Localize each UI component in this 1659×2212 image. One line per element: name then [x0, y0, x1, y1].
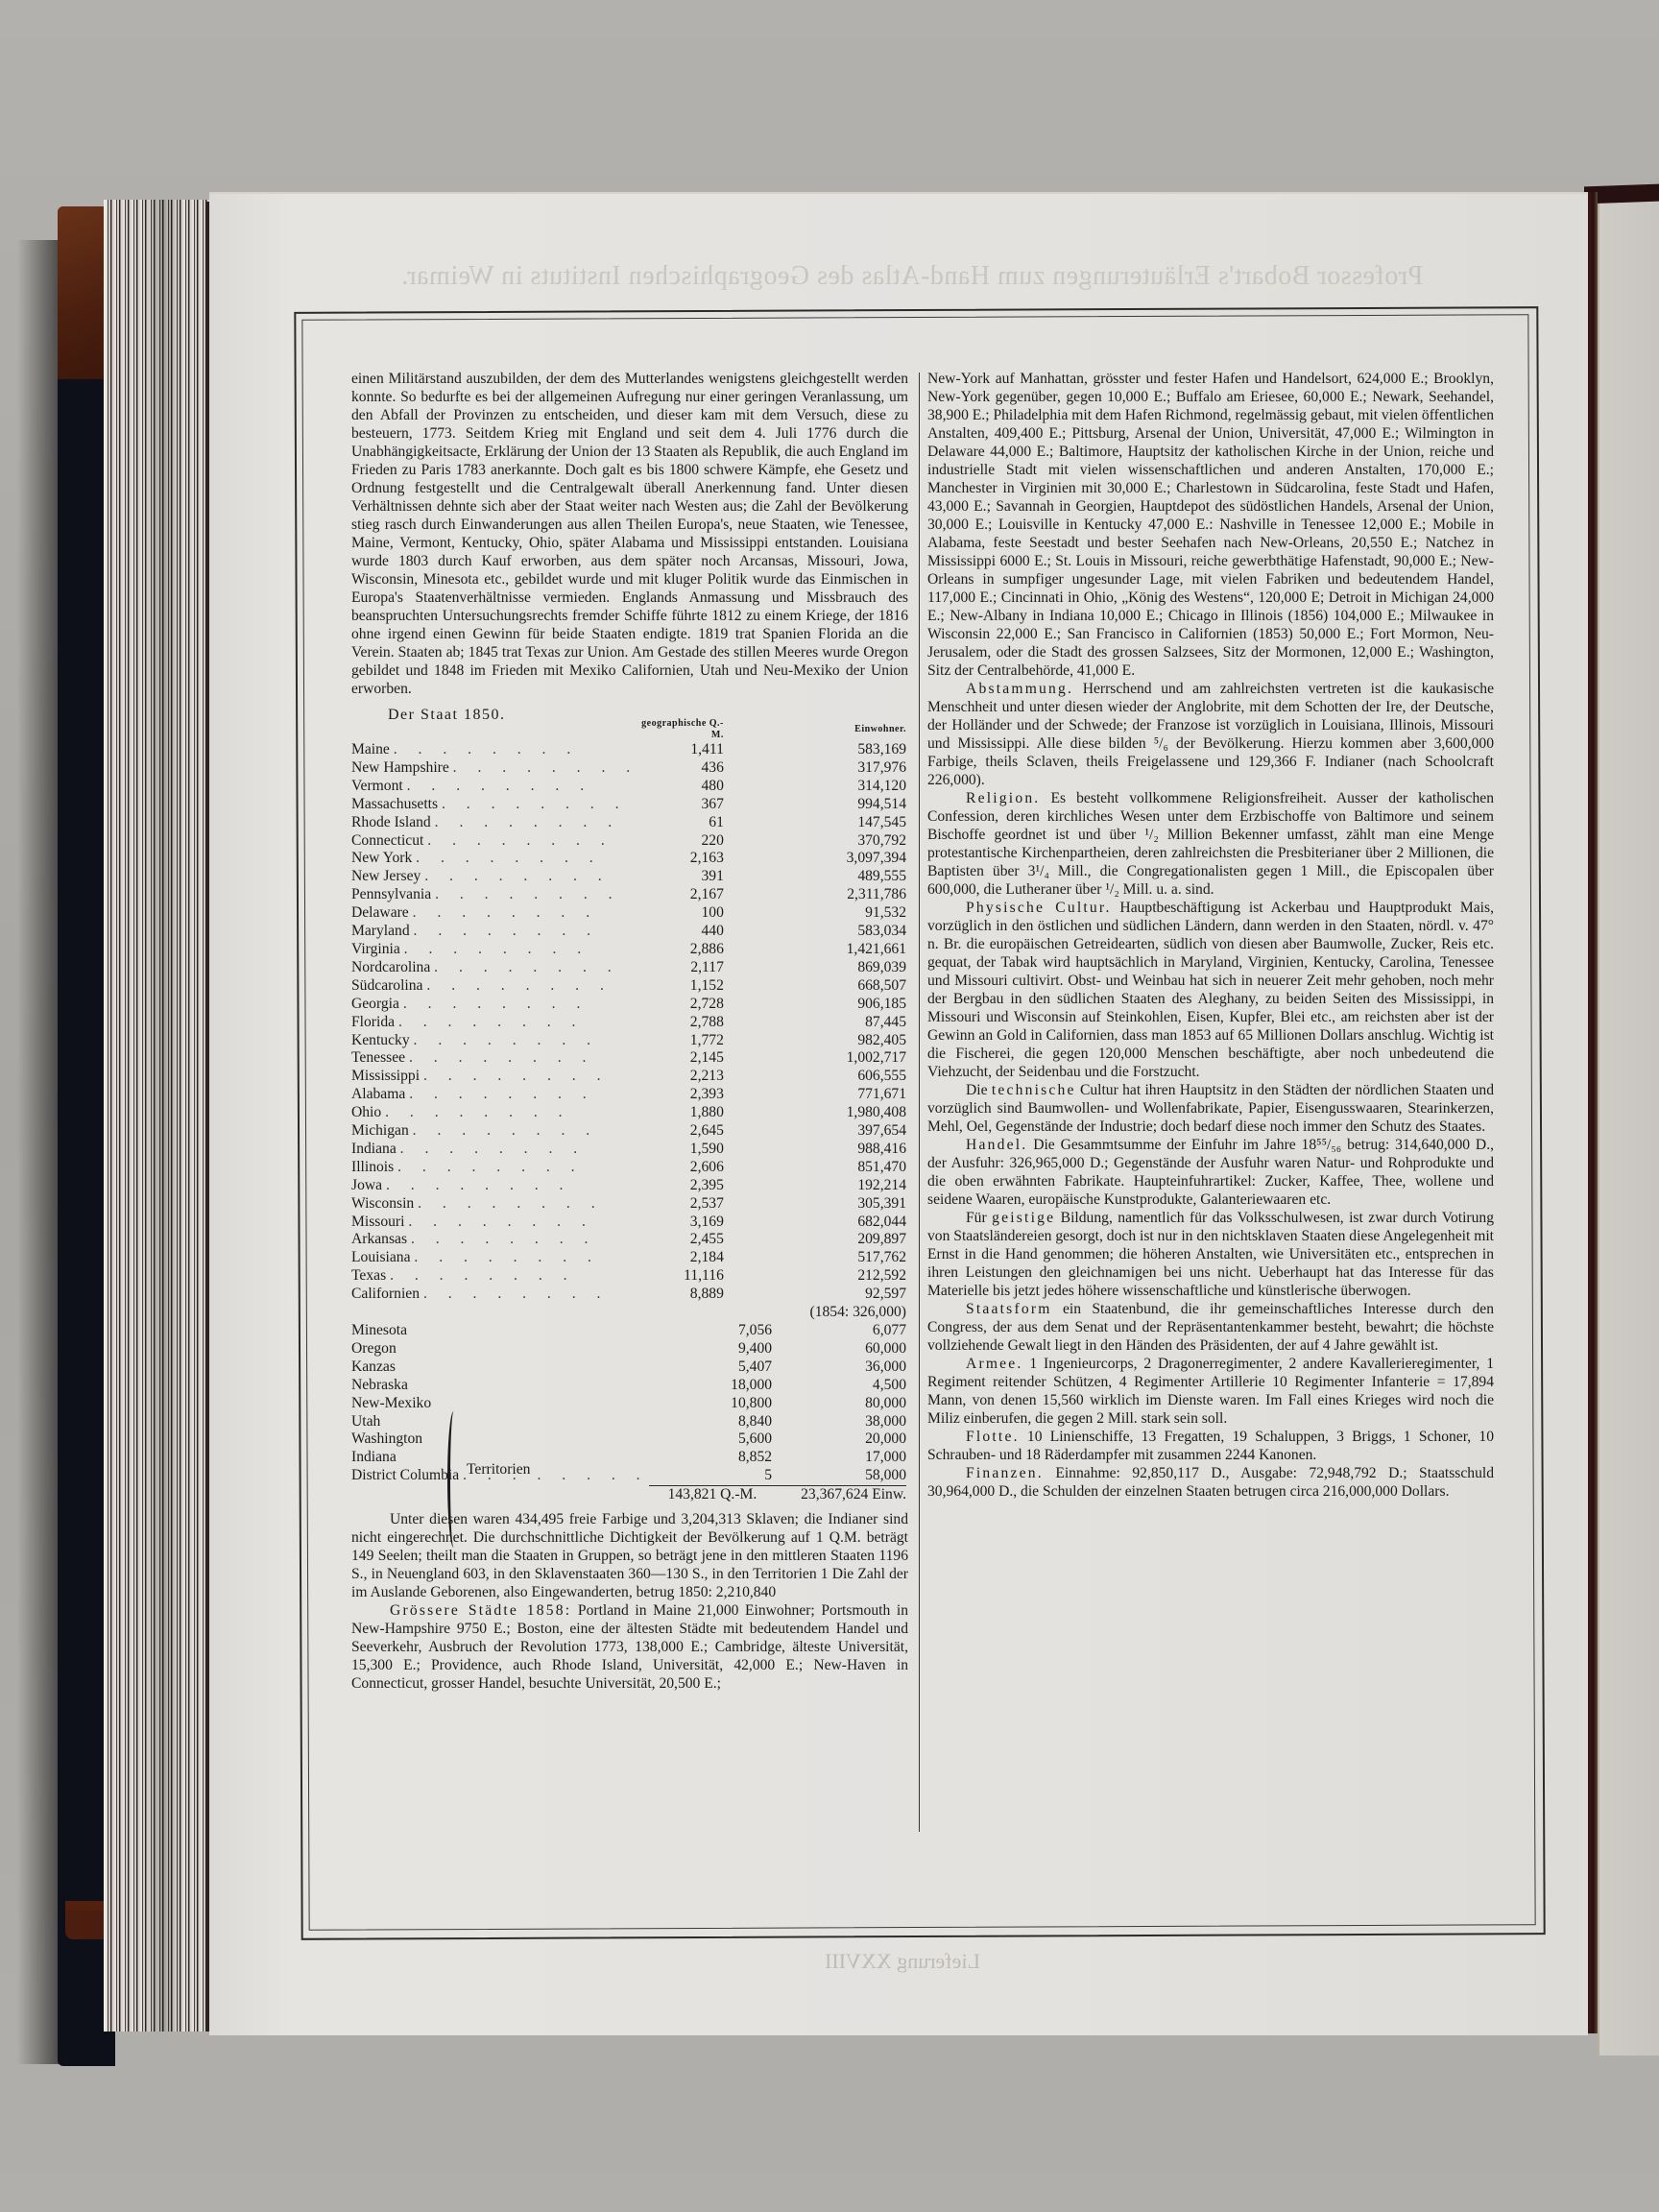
- section-paragraph: Staatsform ein Staatenbund, die ihr geme…: [927, 1300, 1494, 1355]
- state-area: 3,169: [638, 1214, 724, 1232]
- after-table-paragraph: Unter diesen waren 434,495 freie Farbige…: [351, 1510, 908, 1601]
- state-name: Nordcarolina . . . . . . . .: [351, 959, 638, 977]
- territory-name: New-Mexiko: [351, 1395, 649, 1413]
- cities-paragraph: Grössere Städte 1858: Portland in Maine …: [351, 1601, 908, 1693]
- territory-population: 80,000: [772, 1395, 906, 1413]
- state-area: 2,728: [638, 996, 724, 1014]
- territories-table: Minesota7,0566,077Oregon9,40060,000Kanza…: [351, 1322, 906, 1504]
- state-area: 2,117: [638, 959, 724, 977]
- territories-table-body: Minesota7,0566,077Oregon9,40060,000Kanza…: [351, 1322, 906, 1467]
- state-name: Virginia . . . . . . . .: [351, 941, 638, 959]
- section-heading: technische: [992, 1082, 1076, 1098]
- state-area: 367: [638, 796, 724, 814]
- header-population: Einwohner.: [724, 718, 906, 741]
- section-paragraph: Abstammung. Herrschend und am zahlreichs…: [927, 680, 1494, 789]
- state-population: 397,654: [724, 1122, 906, 1141]
- territory-area: 8,852: [649, 1449, 772, 1467]
- table-row: Virginia . . . . . . . .2,8861,421,661: [351, 941, 906, 959]
- state-area: 480: [638, 778, 724, 796]
- section-heading-prefix: Für: [966, 1210, 992, 1226]
- table-row: Arkansas . . . . . . . .2,455209,897: [351, 1231, 906, 1249]
- territory-population: 60,000: [772, 1340, 906, 1358]
- state-population: 212,592: [724, 1267, 906, 1286]
- state-population: 1,002,717: [724, 1049, 906, 1068]
- section-text: Hauptbeschäftigung ist Ackerbau und Haup…: [927, 900, 1494, 1080]
- table-row: Mississippi . . . . . . . .2,213606,555: [351, 1068, 906, 1086]
- section-heading-prefix: Die: [966, 1082, 992, 1098]
- territory-population: 36,000: [772, 1358, 906, 1377]
- table-row-note: (1854: 326,000): [351, 1304, 906, 1322]
- state-name: Vermont . . . . . . . .: [351, 778, 638, 796]
- territory-population: 17,000: [772, 1449, 906, 1467]
- table-row: Maine . . . . . . . .1,411583,169: [351, 741, 906, 759]
- state-population: 305,391: [724, 1195, 906, 1214]
- section-paragraph: Religion. Es besteht vollkommene Religio…: [927, 789, 1494, 899]
- section-paragraph: Handel. Die Gesammtsumme der Einfuhr im …: [927, 1136, 1494, 1209]
- intro-paragraph: einen Militärstand auszubilden, der dem …: [351, 370, 908, 698]
- note-spacer: [638, 1304, 724, 1322]
- population-note: (1854: 326,000): [724, 1304, 906, 1322]
- left-column: einen Militärstand auszubilden, der dem …: [351, 370, 908, 1693]
- table-row-territory: Oregon9,40060,000: [351, 1340, 906, 1358]
- territory-population: 38,000: [772, 1413, 906, 1431]
- state-population: 1,980,408: [724, 1104, 906, 1122]
- state-area: 2,788: [638, 1014, 724, 1032]
- section-heading: geistige: [992, 1210, 1055, 1226]
- table-row: Rhode Island . . . . . . . .61147,545: [351, 814, 906, 832]
- state-population: 91,532: [724, 904, 906, 923]
- state-population: 869,039: [724, 959, 906, 977]
- state-area: 2,167: [638, 886, 724, 904]
- state-area: 440: [638, 923, 724, 941]
- state-area: 2,886: [638, 941, 724, 959]
- table-row: New Jersey . . . . . . . .391489,555: [351, 868, 906, 886]
- state-name: Wisconsin . . . . . . . .: [351, 1195, 638, 1214]
- territories-label: Territorien: [467, 1461, 530, 1479]
- state-area: 2,163: [638, 850, 724, 868]
- section-heading: Handel.: [966, 1137, 1027, 1153]
- state-population: 92,597: [724, 1286, 906, 1304]
- state-population: 982,405: [724, 1032, 906, 1050]
- table-row-territory: Utah8,84038,000: [351, 1413, 906, 1431]
- state-name: Missouri . . . . . . . .: [351, 1214, 638, 1232]
- section-heading: Abstammung.: [966, 681, 1073, 697]
- state-area: 2,455: [638, 1231, 724, 1249]
- table-row: Texas . . . . . . . .11,116212,592: [351, 1267, 906, 1286]
- sections: Abstammung. Herrschend und am zahlreichs…: [927, 680, 1494, 1501]
- state-area: 1,152: [638, 977, 724, 996]
- total-population: 23,367,624 Einw.: [772, 1486, 906, 1504]
- territory-area: 5,407: [649, 1358, 772, 1377]
- territory-name: Nebraska: [351, 1377, 649, 1395]
- section-paragraph: Armee. 1 Ingenieurcorps, 2 Dragonerregim…: [927, 1355, 1494, 1428]
- territory-population: 6,077: [772, 1322, 906, 1340]
- state-population: 370,792: [724, 832, 906, 851]
- table-row: Nordcarolina . . . . . . . .2,117869,039: [351, 959, 906, 977]
- state-area: 11,116: [638, 1267, 724, 1286]
- state-name: Pennsylvania . . . . . . . .: [351, 886, 638, 904]
- table-row: Florida . . . . . . . .2,78887,445: [351, 1014, 906, 1032]
- state-name: Rhode Island . . . . . . . .: [351, 814, 638, 832]
- table-row: Pennsylvania . . . . . . . .2,1672,311,7…: [351, 886, 906, 904]
- header-area: geographische Q.-M.: [638, 718, 724, 741]
- state-population: 906,185: [724, 996, 906, 1014]
- section-heading: Physische Cultur.: [966, 900, 1112, 916]
- table-row: Michigan . . . . . . . .2,645397,654: [351, 1122, 906, 1141]
- state-area: 1,772: [638, 1032, 724, 1050]
- total-area: 143,821 Q.-M.: [649, 1486, 772, 1504]
- territory-area: 8,840: [649, 1413, 772, 1431]
- state-population: 87,445: [724, 1014, 906, 1032]
- page-stack-shade: [144, 200, 182, 2032]
- state-area: 2,184: [638, 1249, 724, 1267]
- table-row-territory: Kanzas5,40736,000: [351, 1358, 906, 1377]
- state-population: 317,976: [724, 759, 906, 778]
- state-population: 682,044: [724, 1214, 906, 1232]
- state-name: New Jersey . . . . . . . .: [351, 868, 638, 886]
- state-population: 192,214: [724, 1177, 906, 1195]
- state-name: Connecticut . . . . . . . .: [351, 832, 638, 851]
- territory-area: 9,400: [649, 1340, 772, 1358]
- state-name: Mississippi . . . . . . . .: [351, 1068, 638, 1086]
- table-row: Kentucky . . . . . . . .1,772982,405: [351, 1032, 906, 1050]
- section-paragraph: Für geistige Bildung, namentlich für das…: [927, 1209, 1494, 1300]
- state-population: 851,470: [724, 1159, 906, 1177]
- state-population: 517,762: [724, 1249, 906, 1267]
- table-total-row: 143,821 Q.-M. 23,367,624 Einw.: [351, 1486, 906, 1504]
- state-area: 436: [638, 759, 724, 778]
- states-table-body: Maine . . . . . . . .1,411583,169New Ham…: [351, 741, 906, 1322]
- state-population: 994,514: [724, 796, 906, 814]
- state-population: 771,671: [724, 1086, 906, 1104]
- state-name: Arkansas . . . . . . . .: [351, 1231, 638, 1249]
- territory-name: Minesota: [351, 1322, 649, 1340]
- state-population: 209,897: [724, 1231, 906, 1249]
- state-name: Delaware . . . . . . . .: [351, 904, 638, 923]
- state-name: Illinois . . . . . . . .: [351, 1159, 638, 1177]
- table-row: Alabama . . . . . . . .2,393771,671: [351, 1086, 906, 1104]
- territory-area: 10,800: [649, 1395, 772, 1413]
- section-heading: Religion.: [966, 790, 1040, 806]
- photo-background: Professor Bobart's Erläuterungen zum Han…: [0, 0, 1659, 2212]
- note-spacer: [351, 1304, 638, 1322]
- territory-name: Oregon: [351, 1340, 649, 1358]
- section-paragraph: Die technische Cultur hat ihren Hauptsit…: [927, 1081, 1494, 1136]
- state-name: Florida . . . . . . . .: [351, 1014, 638, 1032]
- table-row: Louisiana . . . . . . . .2,184517,762: [351, 1249, 906, 1267]
- state-area: 100: [638, 904, 724, 923]
- table-row: Ohio . . . . . . . .1,8801,980,408: [351, 1104, 906, 1122]
- state-name: Tenessee . . . . . . . .: [351, 1049, 638, 1068]
- state-area: 1,411: [638, 741, 724, 759]
- state-area: 1,590: [638, 1141, 724, 1159]
- state-area: 2,213: [638, 1068, 724, 1086]
- state-name: Alabama . . . . . . . .: [351, 1086, 638, 1104]
- state-name: Ohio . . . . . . . .: [351, 1104, 638, 1122]
- state-area: 5: [649, 1467, 772, 1485]
- territory-population: 4,500: [772, 1377, 906, 1395]
- state-population: 583,034: [724, 923, 906, 941]
- section-paragraph: Finanzen. Einnahme: 92,850,117 D., Ausga…: [927, 1464, 1494, 1501]
- state-name: Maryland . . . . . . . .: [351, 923, 638, 941]
- table-row: Maryland . . . . . . . .440583,034: [351, 923, 906, 941]
- state-population: 489,555: [724, 868, 906, 886]
- state-name: Massachusetts . . . . . . . .: [351, 796, 638, 814]
- state-name: Jowa . . . . . . . .: [351, 1177, 638, 1195]
- right-column: New-York auf Manhattan, grösster und fes…: [927, 370, 1494, 1501]
- territory-population: 20,000: [772, 1431, 906, 1449]
- bleed-through-header: Professor Bobart's Erläuterungen zum Han…: [346, 261, 1479, 292]
- table-row: Georgia . . . . . . . .2,728906,185: [351, 996, 906, 1014]
- state-population: 606,555: [724, 1068, 906, 1086]
- state-area: 2,395: [638, 1177, 724, 1195]
- cities-continued-paragraph: New-York auf Manhattan, grösster und fes…: [927, 370, 1494, 680]
- state-population: 58,000: [772, 1467, 906, 1485]
- table-row: Illinois . . . . . . . .2,606851,470: [351, 1159, 906, 1177]
- table-row: Wisconsin . . . . . . . .2,537305,391: [351, 1195, 906, 1214]
- table-row-territory: Nebraska18,0004,500: [351, 1377, 906, 1395]
- states-table: geographische Q.-M. Einwohner. Maine . .…: [351, 718, 906, 1322]
- state-area: 61: [638, 814, 724, 832]
- state-name: Indiana . . . . . . . .: [351, 1141, 638, 1159]
- state-area: 220: [638, 832, 724, 851]
- territory-area: 5,600: [649, 1431, 772, 1449]
- state-population: 1,421,661: [724, 941, 906, 959]
- state-name: Kentucky . . . . . . . .: [351, 1032, 638, 1050]
- section-heading: Flotte.: [966, 1429, 1020, 1445]
- state-population: 988,416: [724, 1141, 906, 1159]
- table-row: Missouri . . . . . . . .3,169682,044: [351, 1214, 906, 1232]
- table-row: New Hampshire . . . . . . . .436317,976: [351, 759, 906, 778]
- state-area: 8,889: [638, 1286, 724, 1304]
- section-heading: Staatsform: [966, 1301, 1052, 1317]
- table-row: Tenessee . . . . . . . .2,1451,002,717: [351, 1049, 906, 1068]
- state-name: Texas . . . . . . . .: [351, 1267, 638, 1286]
- territories-brace: [447, 1411, 460, 1548]
- table-row: Südcarolina . . . . . . . .1,152668,507: [351, 977, 906, 996]
- state-name: Georgia . . . . . . . .: [351, 996, 638, 1014]
- state-area: 1,880: [638, 1104, 724, 1122]
- state-population: 314,120: [724, 778, 906, 796]
- state-population: 583,169: [724, 741, 906, 759]
- state-area: 2,645: [638, 1122, 724, 1141]
- table-row-territory: New-Mexiko10,80080,000: [351, 1395, 906, 1413]
- table-row-territory: Washington5,60020,000: [351, 1431, 906, 1449]
- bleed-through-footer: Lieferung XXVIII: [806, 1949, 998, 1974]
- table-row-district: District Columbia . . . . . . . . 5 58,0…: [351, 1467, 906, 1485]
- table-row-territory: Minesota7,0566,077: [351, 1322, 906, 1340]
- state-area: 391: [638, 868, 724, 886]
- state-area: 2,145: [638, 1049, 724, 1068]
- state-name: Californien . . . . . . . .: [351, 1286, 638, 1304]
- state-name: New York . . . . . . . .: [351, 850, 638, 868]
- table-row: Massachusetts . . . . . . . .367994,514: [351, 796, 906, 814]
- state-population: 147,545: [724, 814, 906, 832]
- territory-area: 7,056: [649, 1322, 772, 1340]
- territory-name: Kanzas: [351, 1358, 649, 1377]
- table-row: Californien . . . . . . . .8,88992,597: [351, 1286, 906, 1304]
- table-row: Indiana . . . . . . . .1,590988,416: [351, 1141, 906, 1159]
- state-area: 2,606: [638, 1159, 724, 1177]
- state-area: 2,537: [638, 1195, 724, 1214]
- state-population: 668,507: [724, 977, 906, 996]
- state-population: 3,097,394: [724, 850, 906, 868]
- section-heading: Armee.: [966, 1356, 1023, 1372]
- cities-heading: Grössere Städte 1858:: [390, 1602, 571, 1619]
- state-population: 2,311,786: [724, 886, 906, 904]
- table-row: Connecticut . . . . . . . .220370,792: [351, 832, 906, 851]
- table-row: Jowa . . . . . . . .2,395192,214: [351, 1177, 906, 1195]
- territory-area: 18,000: [649, 1377, 772, 1395]
- table-row-territory: Indiana8,85217,000: [351, 1449, 906, 1467]
- table-row: Vermont . . . . . . . .480314,120: [351, 778, 906, 796]
- page-right-edge: [1588, 192, 1598, 2033]
- section-paragraph: Flotte. 10 Linienschiffe, 13 Fregatten, …: [927, 1428, 1494, 1464]
- state-name: New Hampshire . . . . . . . .: [351, 759, 638, 778]
- total-spacer: [351, 1486, 649, 1504]
- table-row: Delaware . . . . . . . .10091,532: [351, 904, 906, 923]
- adjacent-page: [1598, 198, 1659, 2056]
- state-area: 2,393: [638, 1086, 724, 1104]
- section-heading: Finanzen.: [966, 1465, 1044, 1481]
- state-name: Maine . . . . . . . .: [351, 741, 638, 759]
- column-divider: [919, 373, 920, 1832]
- table-row: New York . . . . . . . .2,1633,097,394: [351, 850, 906, 868]
- state-name: Michigan . . . . . . . .: [351, 1122, 638, 1141]
- state-name: Louisiana . . . . . . . .: [351, 1249, 638, 1267]
- territory-name: Washington: [351, 1431, 649, 1449]
- territory-name: Utah: [351, 1413, 649, 1431]
- section-paragraph: Physische Cultur. Hauptbeschäftigung ist…: [927, 899, 1494, 1081]
- state-name: Südcarolina . . . . . . . .: [351, 977, 638, 996]
